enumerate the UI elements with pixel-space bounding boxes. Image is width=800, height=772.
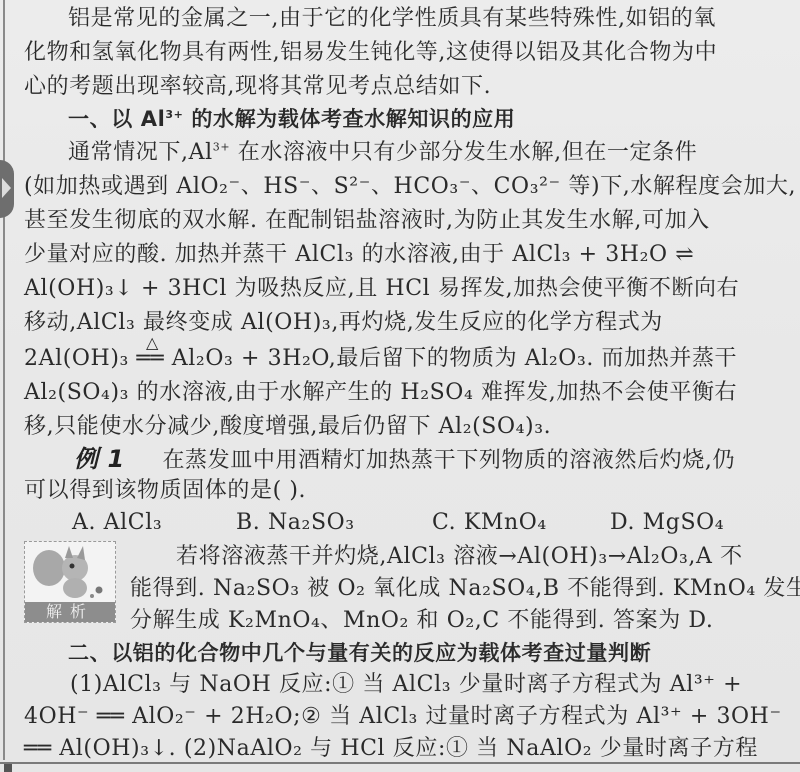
- bottom-corner-mark: [4, 764, 12, 772]
- para1-line-4: 少量对应的酸. 加热并蒸干 AlCl₃ 的水溶液,由于 AlCl₃ + 3H₂O…: [24, 242, 780, 268]
- para1-line-1: 通常情况下,Al3+ 在水溶液中只有少部分发生水解,但在一定条件: [24, 140, 780, 166]
- section-1-heading: 一、以 Al3+ 的水解为载体考查水解知识的应用: [68, 106, 800, 132]
- para1-line-7: 2Al(OH)₃ ══ Al₂O₃ + 3H₂O,最后留下的物质为 Al₂O₃.…: [24, 346, 780, 372]
- para1-line-1-sup: 3+: [213, 141, 230, 154]
- example-1-question-line-2: 可以得到该物质固体的是( ).: [24, 478, 780, 504]
- para1-line-3: 甚至发生彻底的双水解. 在配制铝盐溶液时,为防止其发生水解,可加入: [24, 208, 780, 234]
- para1-line-2: (如加热或遇到 AlO₂⁻、HS⁻、S²⁻、HCO₃⁻、CO₃²⁻ 等)下,水解…: [24, 174, 780, 200]
- analysis-badge: 解析: [24, 541, 116, 623]
- option-b: B. Na₂SO₃: [236, 510, 432, 536]
- analysis-line-2: 能得到. Na₂SO₃ 被 O₂ 氧化成 Na₂SO₄,B 不能得到. KMnO…: [130, 576, 780, 602]
- bottom-rule: [0, 762, 800, 764]
- example-1-options: A. AlCl₃B. Na₂SO₃C. KMnO₄D. MgSO₄: [72, 510, 800, 536]
- squirrel-icon: [29, 546, 111, 600]
- analysis-line-3: 分解生成 K₂MnO₄、MnO₂ 和 O₂,C 不能得到. 答案为 D.: [130, 608, 780, 634]
- left-margin-rule: [3, 0, 5, 760]
- section-1-heading-sup: 3+: [165, 108, 183, 121]
- option-c: C. KMnO₄: [432, 510, 610, 536]
- option-d: D. MgSO₄: [610, 510, 724, 536]
- page-tab-marker: [0, 160, 14, 218]
- para2-line-2: 4OH⁻ ══ AlO₂⁻ + 2H₂O;② 当 AlCl₃ 过量时离子方程式为…: [24, 704, 780, 730]
- analysis-label: 解析: [25, 602, 115, 622]
- example-1-question-line-1: 例 1 在蒸发皿中用酒精灯加热蒸干下列物质的溶液然后灼烧,仍: [74, 446, 800, 474]
- section-2-heading: 二、以铝的化合物中几个与量有关的反应为载体考查过量判断: [68, 640, 800, 666]
- option-a: A. AlCl₃: [72, 510, 236, 536]
- analysis-line-1: 若将溶液蒸干并灼烧,AlCl₃ 溶液→Al(OH)₃→Al₂O₃,A 不: [176, 544, 776, 570]
- para2-line-1: (1)AlCl₃ 与 NaOH 反应:① 当 AlCl₃ 少量时离子方程式为 A…: [24, 672, 780, 698]
- para1-line-1a: 通常情况下,Al: [68, 140, 213, 165]
- para1-line-8: Al₂(SO₄)₃ 的水溶液,由于水解产生的 H₂SO₄ 难挥发,加热不会使平衡…: [24, 380, 780, 406]
- section-1-heading-pre: 一、以 Al: [68, 107, 165, 131]
- intro-line-1: 铝是常见的金属之一,由于它的化学性质具有某些特殊性,如铝的氧: [24, 6, 780, 32]
- para2-line-3: ══ Al(OH)₃↓. (2)NaAlO₂ 与 HCl 反应:① 当 NaAl…: [24, 736, 780, 762]
- para1-line-1b: 在水溶液中只有少部分发生水解,但在一定条件: [230, 140, 697, 165]
- para1-line-9: 移,只能使水分减少,酸度增强,最后仍留下 Al₂(SO₄)₃.: [24, 414, 780, 440]
- example-question-text: 在蒸发皿中用酒精灯加热蒸干下列物质的溶液然后灼烧,仍: [162, 448, 735, 473]
- intro-line-3: 心的考题出现率较高,现将其常见考点总结如下.: [24, 74, 780, 100]
- arrow-right-icon: [2, 178, 11, 198]
- para1-line-5: Al(OH)₃↓ + 3HCl 为吸热反应,且 HCl 易挥发,加热会使平衡不断…: [24, 276, 780, 302]
- section-1-heading-post: 的水解为载体考查水解知识的应用: [183, 107, 515, 131]
- example-label: 例 1: [74, 445, 125, 473]
- document-page: 铝是常见的金属之一,由于它的化学性质具有某些特殊性,如铝的氧 化物和氢氧化物具有…: [0, 0, 800, 772]
- intro-line-2: 化物和氢氧化物具有两性,铝易发生钝化等,这使得以铝及其化合物为中: [24, 40, 780, 66]
